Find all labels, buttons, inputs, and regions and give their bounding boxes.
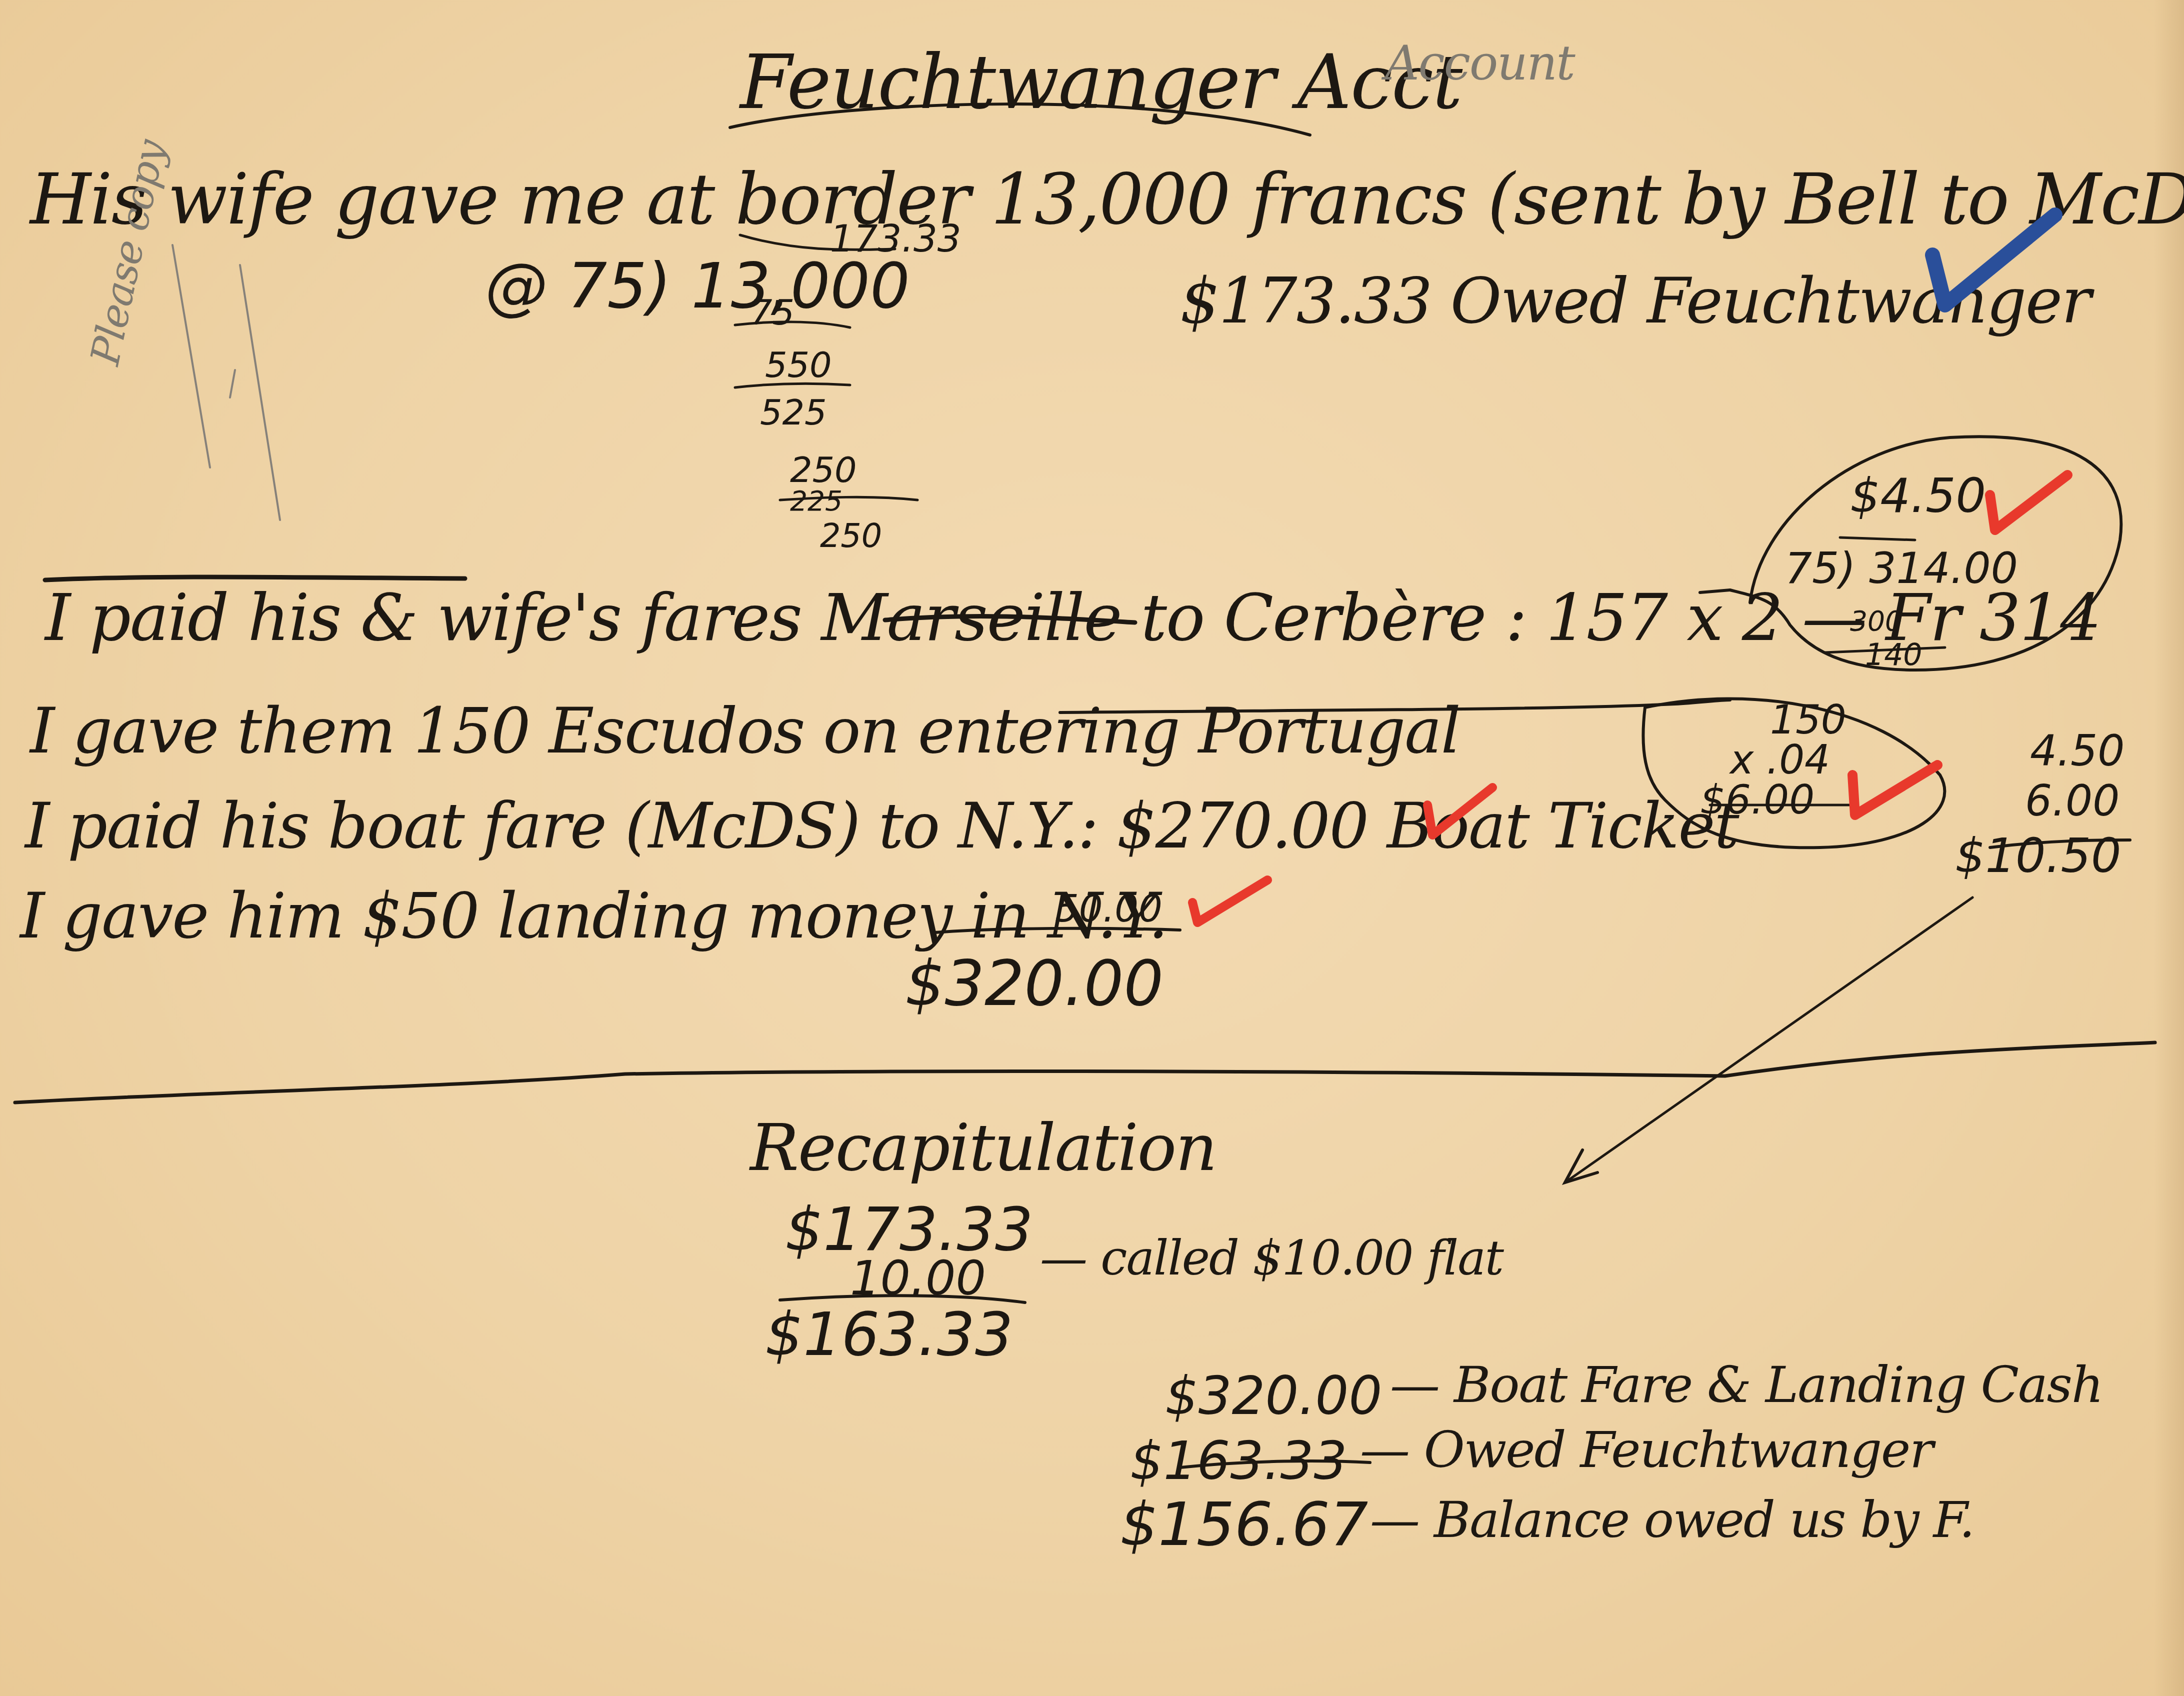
entry-fares-marseille-cerbere: I paid his & wife's fares Marseille to C… [45, 585, 2100, 650]
fares-calc-expression: 75) 314.00 [1785, 547, 2018, 590]
arrow-shaft [1565, 897, 1972, 1182]
entry-border-francs: His wife gave me at border 13,000 francs… [30, 165, 2184, 235]
escudos-calc-line: 150 [1770, 700, 1846, 740]
pencil-marks [172, 245, 280, 520]
entry-landing-money: I gave him $50 landing money in N.Y. [20, 885, 1167, 947]
side-sum-line: 4.50 [2030, 730, 2124, 772]
escudos-calc-line: x .04 [1730, 740, 1830, 780]
red-check-icon [1185, 872, 1275, 937]
red-check-icon [1980, 465, 2075, 535]
balance-amount-final: $156.67 [1120, 1495, 1368, 1555]
recap-note: — called $10.00 flat [1040, 1235, 1503, 1282]
title-annotation: Account [1385, 40, 1574, 87]
red-check-icon [1845, 755, 1945, 825]
side-sum-line: 6.00 [2025, 780, 2119, 822]
landing-money-amount: 50.00 [1055, 890, 1162, 927]
blue-check-icon [1920, 205, 2065, 320]
division-step: 525 [760, 395, 827, 430]
page-title: Feuchtwanger Acct [740, 45, 1461, 120]
recap-line: 10.00 [850, 1255, 986, 1302]
balance-amount: $163.33 [1130, 1435, 1347, 1487]
section-divider [15, 1042, 2155, 1102]
balance-label: — Boat Fare & Landing Cash [1390, 1360, 2102, 1410]
division-step: 225 [790, 487, 842, 515]
side-sum-total: $10.50 [1955, 832, 2121, 880]
recap-heading: Recapitulation [750, 1115, 1216, 1180]
division-step: 550 [765, 347, 832, 382]
division-expression: @ 75) 13,000 [485, 255, 910, 317]
division-step: 250 [790, 452, 857, 487]
entry-escudos-portugal: I gave them 150 Escudos on entering Port… [30, 700, 1460, 762]
fares-calc-result: $4.50 [1850, 472, 1986, 520]
red-check-icon [1420, 780, 1500, 845]
division-step: 250 [820, 520, 882, 552]
fares-calc-step: 140 [1865, 640, 1922, 670]
division-step: 75 [750, 295, 794, 330]
balance-amount: $320.00 [1165, 1370, 1382, 1422]
balance-label: — Balance owed us by F. [1370, 1495, 1974, 1545]
fares-calc-step: 300 [1850, 607, 1902, 635]
recap-result: $163.33 [765, 1305, 1013, 1365]
subtotal-320: $320.00 [905, 952, 1163, 1015]
balance-label: — Owed Feuchtwanger [1360, 1425, 1932, 1475]
